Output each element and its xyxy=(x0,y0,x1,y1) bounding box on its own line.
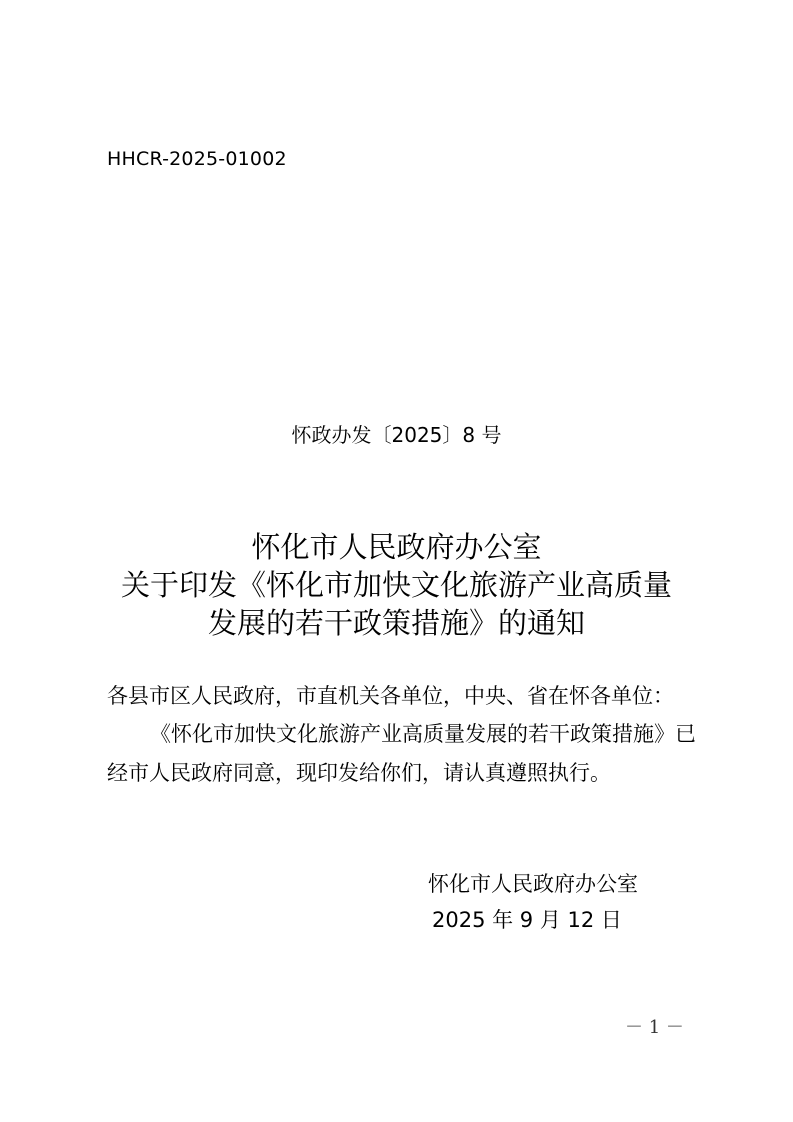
title-line-2: 关于印发《怀化市加快文化旅游产业高质量 xyxy=(0,566,793,604)
issue-date: 2025 年 9 月 12 日 xyxy=(432,904,622,934)
page-number: － 1 － xyxy=(625,1013,684,1039)
signature: 怀化市人民政府办公室 xyxy=(428,868,638,898)
document-id: HHCR-2025-01002 xyxy=(107,148,287,170)
body-line-2: 经市人民政府同意，现印发给你们，请认真遵照执行。 xyxy=(107,757,611,787)
addressee-line: 各县市区人民政府，市直机关各单位，中央、省在怀各单位： xyxy=(107,680,674,710)
title-line-3: 发展的若干政策措施》的通知 xyxy=(0,604,793,642)
body-line-1: 《怀化市加快文化旅游产业高质量发展的若干政策措施》已 xyxy=(150,718,696,748)
title-line-1: 怀化市人民政府办公室 xyxy=(0,528,793,566)
document-number: 怀政办发〔2025〕8 号 xyxy=(0,419,793,448)
